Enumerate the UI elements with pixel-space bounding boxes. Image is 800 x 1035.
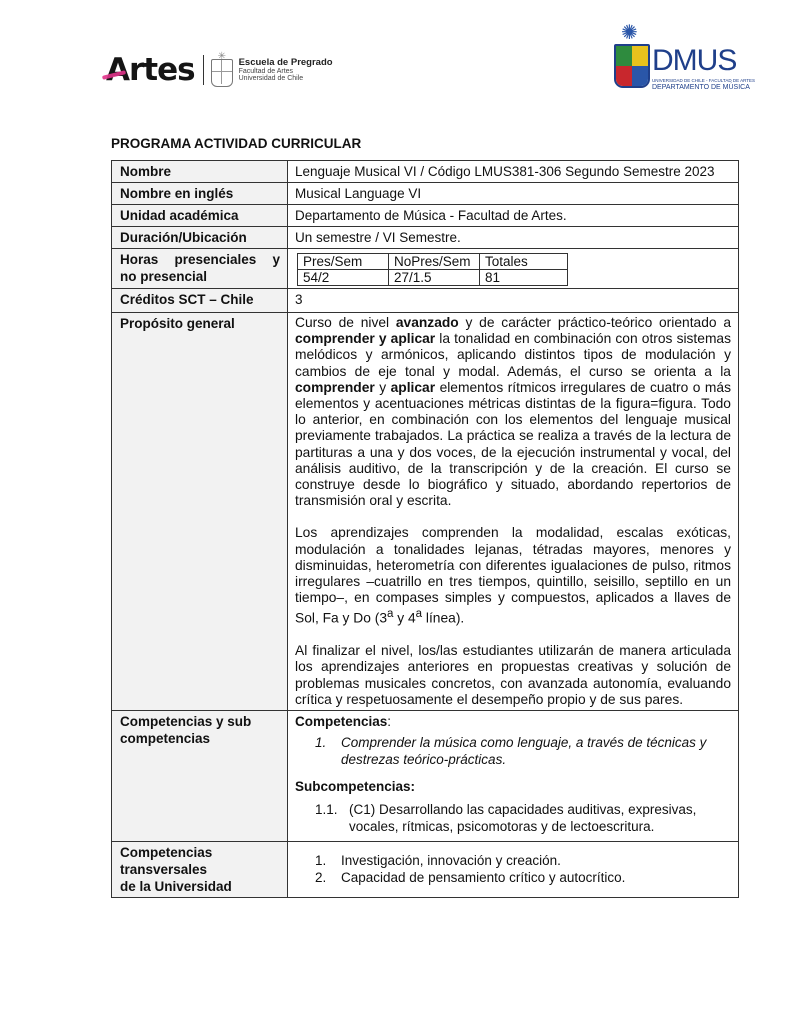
artes-logo: Artes ✳ Escuela de Pregrado Facultad de … (106, 50, 333, 90)
list-item: 1. Comprender la música como lenguaje, a… (315, 734, 731, 768)
artes-wordmark: Artes (106, 55, 195, 86)
table-row-proposito: Propósito general Curso de nivel avanzad… (112, 313, 739, 711)
list-item: 1.1. (C1) Desarrollando las capacidades … (315, 801, 731, 835)
value-unidad: Departamento de Música - Facultad de Art… (288, 205, 739, 227)
label-horas-line2: no presencial (120, 268, 280, 285)
value-competencias: Competencias: 1. Comprender la música co… (288, 711, 739, 842)
competencias-heading: Competencias: (295, 713, 731, 730)
list-item: 2. Capacidad de pensamiento crítico y au… (315, 869, 731, 886)
curriculum-table: Nombre Lenguaje Musical VI / Código LMUS… (111, 160, 739, 898)
dmus-wordmark: DMUS (652, 46, 736, 76)
universidad-shield-icon (614, 44, 650, 88)
subcompetencias-heading: Subcompetencias: (295, 778, 731, 795)
star-icon: ✳ (218, 51, 226, 62)
competencias-list: 1. Comprender la música como lenguaje, a… (295, 734, 731, 768)
dmus-logo: ✺ DMUS UNIVERSIDAD DE CHILE - FACULTAD D… (614, 26, 734, 92)
star-icon: ✺ (621, 23, 638, 43)
hours-header-row: Pres/Sem NoPres/Sem Totales (298, 254, 568, 270)
label-proposito: Propósito general (112, 313, 288, 711)
hours-value-row: 54/2 27/1.5 81 (298, 270, 568, 286)
label-nombre: Nombre (112, 161, 288, 183)
label-nombre-ingles: Nombre en inglés (112, 183, 288, 205)
hours-value-nopres: 27/1.5 (389, 270, 480, 286)
transversales-list: 1. Investigación, innovación y creación.… (295, 852, 731, 886)
value-nombre-ingles: Musical Language VI (288, 183, 739, 205)
table-row-nombre-ingles: Nombre en inglés Musical Language VI (112, 183, 739, 205)
universidad-shield-icon: ✳ (211, 59, 233, 87)
label-horas-line1: Horas presenciales y (120, 251, 280, 268)
label-unidad: Unidad académica (112, 205, 288, 227)
table-row-competencias: Competencias y sub competencias Competen… (112, 711, 739, 842)
value-nombre: Lenguaje Musical VI / Código LMUS381-306… (288, 161, 739, 183)
dmus-logo-line2: DEPARTAMENTO DE MÚSICA (652, 84, 750, 91)
label-duracion: Duración/Ubicación (112, 227, 288, 249)
value-proposito: Curso de nivel avanzado y de carácter pr… (288, 313, 739, 711)
artes-logo-text: Escuela de Pregrado Facultad de Artes Un… (239, 58, 333, 83)
table-row-duracion: Duración/Ubicación Un semestre / VI Seme… (112, 227, 739, 249)
artes-logo-line2: Facultad de Artes (239, 68, 333, 75)
value-creditos: 3 (288, 289, 739, 313)
dmus-logo-line1: UNIVERSIDAD DE CHILE - FACULTAD DE ARTES (652, 78, 755, 83)
label-transversales: Competencias transversales de la Univers… (112, 842, 288, 898)
value-duracion: Un semestre / VI Semestre. (288, 227, 739, 249)
artes-word-text: Artes (106, 52, 195, 88)
hours-value-pres: 54/2 (298, 270, 389, 286)
table-row-unidad: Unidad académica Departamento de Música … (112, 205, 739, 227)
label-horas: Horas presenciales y no presencial (112, 249, 288, 289)
proposito-paragraph-1: Curso de nivel avanzado y de carácter pr… (295, 315, 731, 509)
proposito-paragraph-3: Al finalizar el nivel, los/las estudiant… (295, 643, 731, 708)
label-creditos: Créditos SCT – Chile (112, 289, 288, 313)
table-row-creditos: Créditos SCT – Chile 3 (112, 289, 739, 313)
logo-divider (203, 55, 204, 85)
table-row-nombre: Nombre Lenguaje Musical VI / Código LMUS… (112, 161, 739, 183)
page-title: PROGRAMA ACTIVIDAD CURRICULAR (111, 136, 361, 151)
hours-value-totales: 81 (480, 270, 568, 286)
hours-header-pres: Pres/Sem (298, 254, 389, 270)
hours-header-totales: Totales (480, 254, 568, 270)
hours-table: Pres/Sem NoPres/Sem Totales 54/2 27/1.5 … (297, 253, 568, 286)
value-transversales: 1. Investigación, innovación y creación.… (288, 842, 739, 898)
table-row-transversales: Competencias transversales de la Univers… (112, 842, 739, 898)
value-horas: Pres/Sem NoPres/Sem Totales 54/2 27/1.5 … (288, 249, 739, 289)
artes-logo-line1: Escuela de Pregrado (239, 58, 333, 68)
label-competencias: Competencias y sub competencias (112, 711, 288, 842)
artes-logo-line3: Universidad de Chile (239, 75, 333, 82)
list-item: 1. Investigación, innovación y creación. (315, 852, 731, 869)
proposito-paragraph-2: Los aprendizajes comprenden la modalidad… (295, 525, 731, 627)
table-row-horas: Horas presenciales y no presencial Pres/… (112, 249, 739, 289)
hours-header-nopres: NoPres/Sem (389, 254, 480, 270)
